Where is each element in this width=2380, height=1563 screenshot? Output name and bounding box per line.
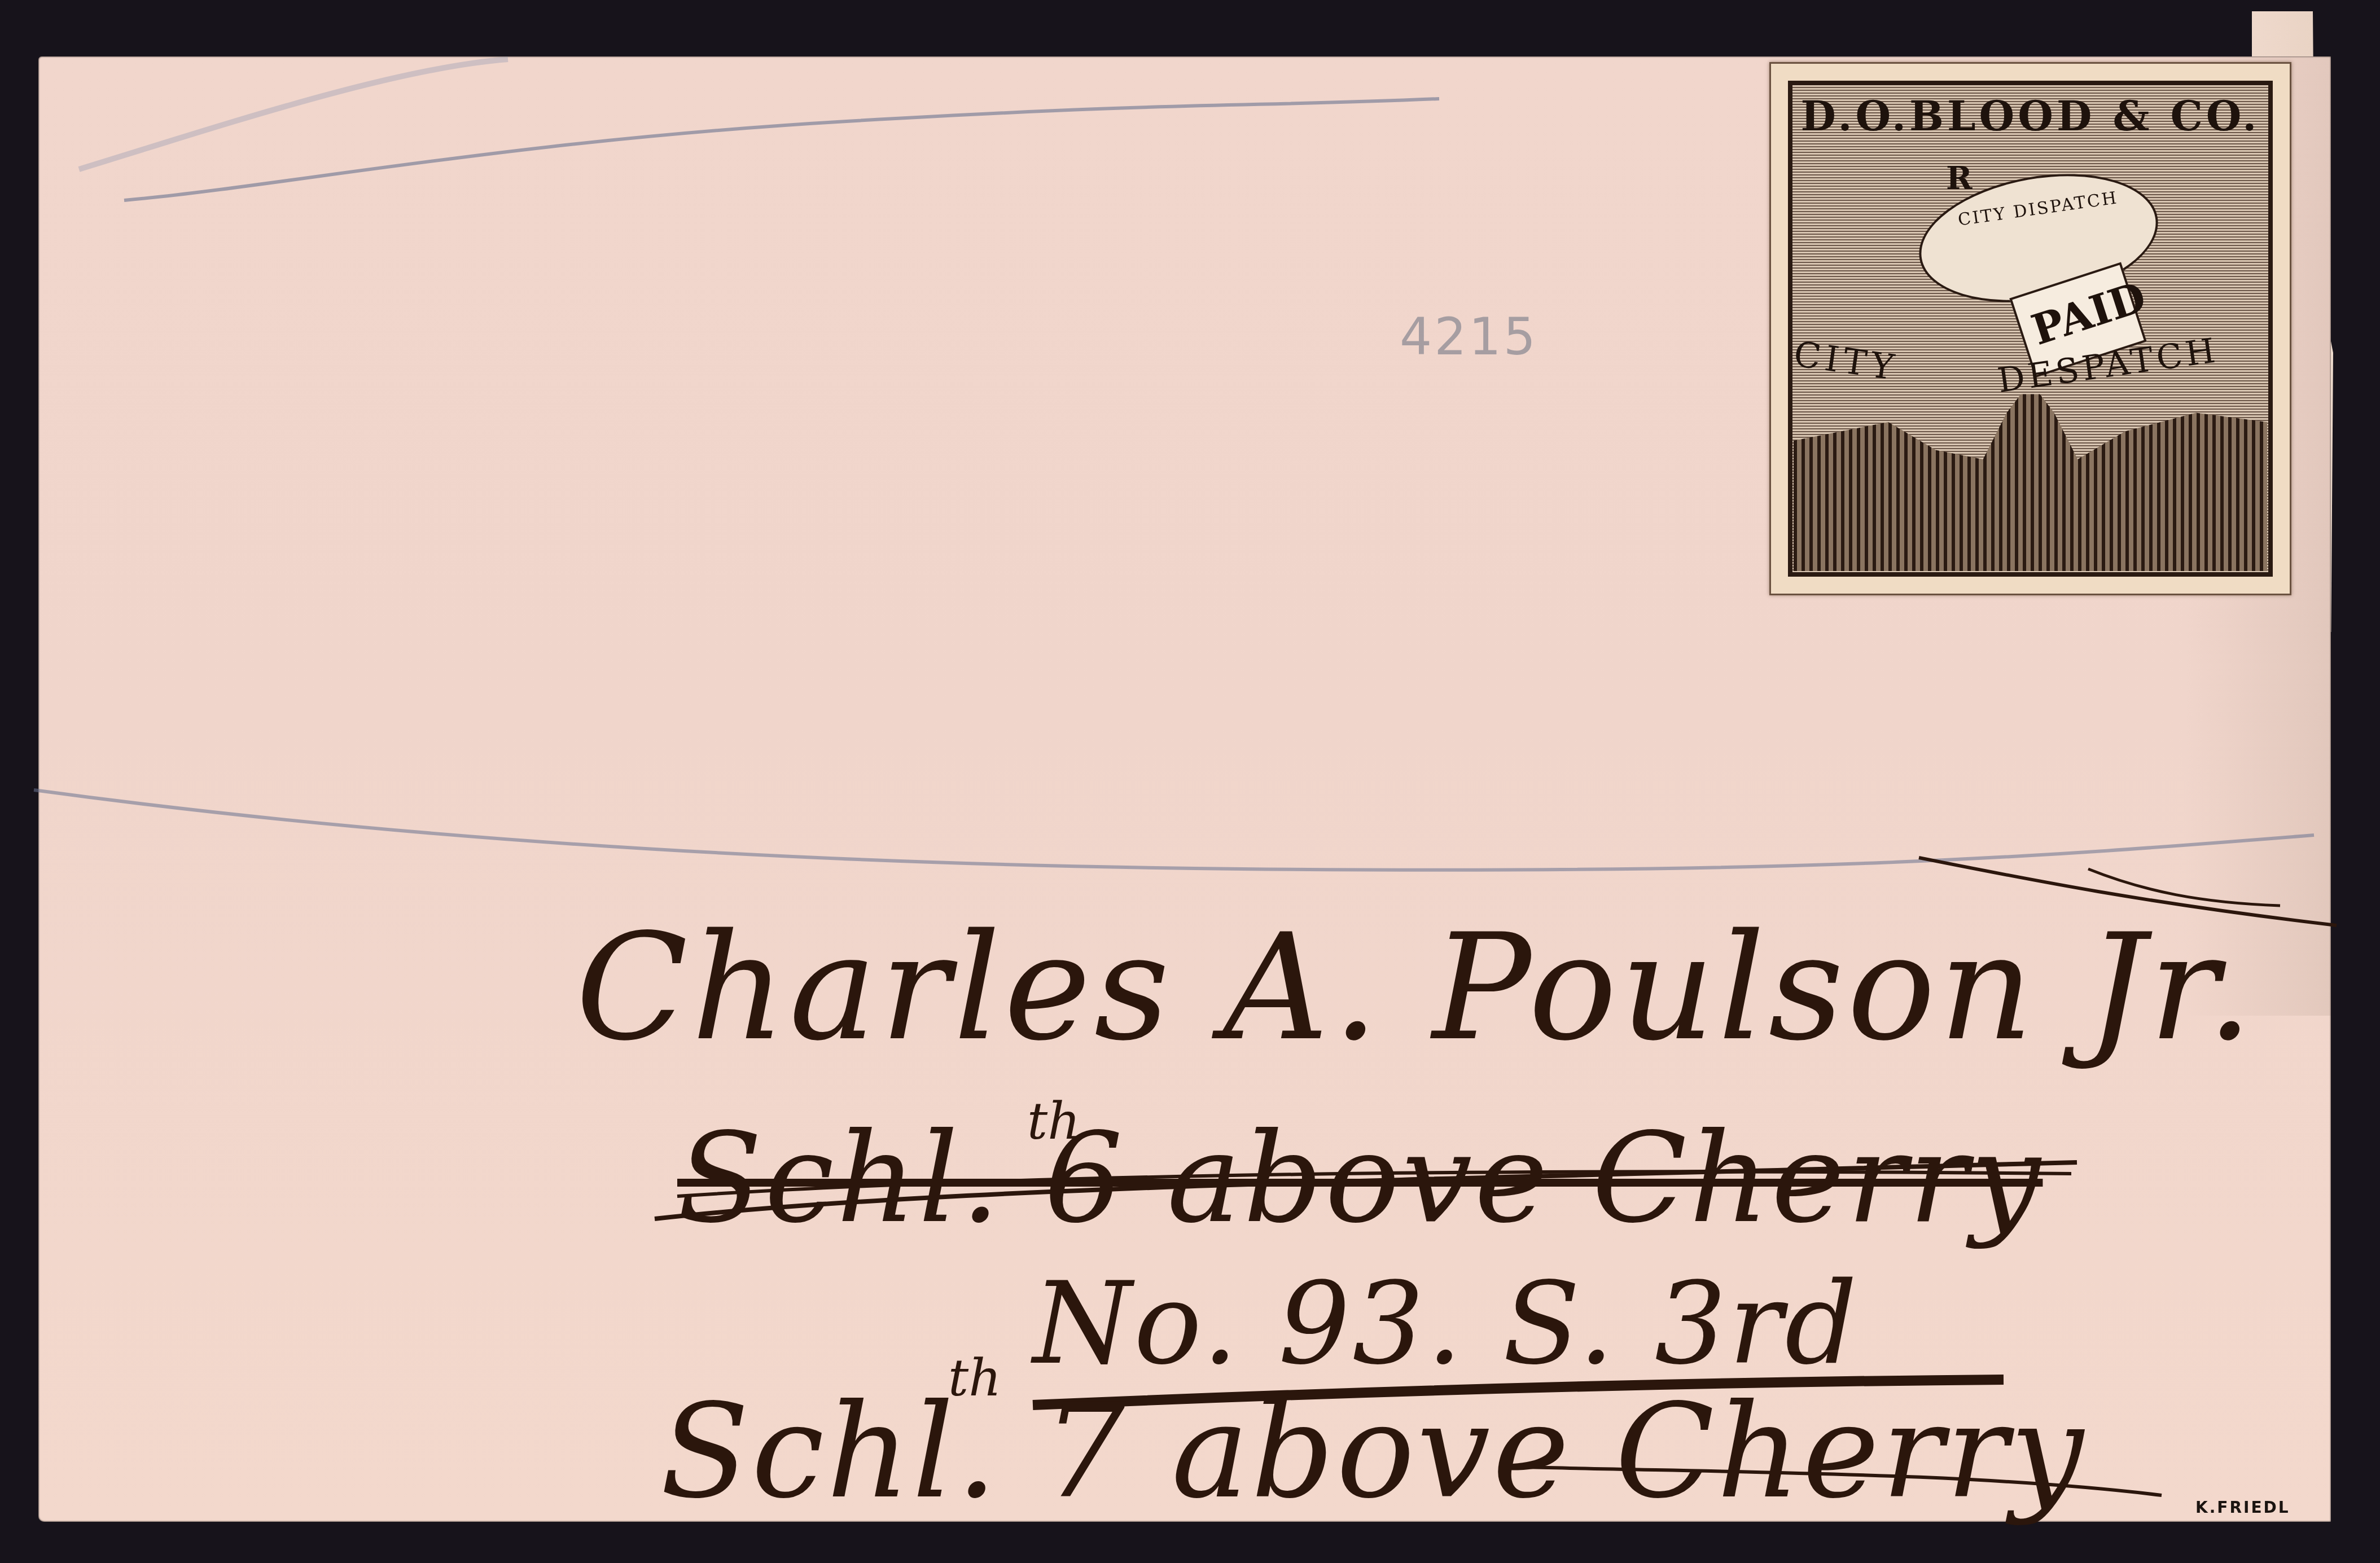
address-name: Charles A. Poulson Jr. [576, 903, 2256, 1073]
pencil-notation: 4215 [1400, 308, 1538, 367]
address-line1-superscript: th [1027, 1092, 1080, 1151]
address-line-struck-1: Schl. 6 above Cherry [677, 1106, 2042, 1250]
address-line3-superscript: th [948, 1349, 1001, 1408]
postage-stamp: D.O.BLOOD & CO. R CITY DISPATCH PAID CIT… [1769, 62, 2291, 595]
expertizer-mark: K.FRIEDL [2195, 1498, 2290, 1517]
stamp-company-name: D.O.BLOOD & CO. [1771, 92, 2290, 140]
address-line-current: Schl. 7 above Cherry [660, 1377, 2086, 1527]
stamp-letter: R [1946, 160, 1973, 197]
address-line-struck-2: No. 93. S. 3rd [1033, 1258, 1860, 1390]
